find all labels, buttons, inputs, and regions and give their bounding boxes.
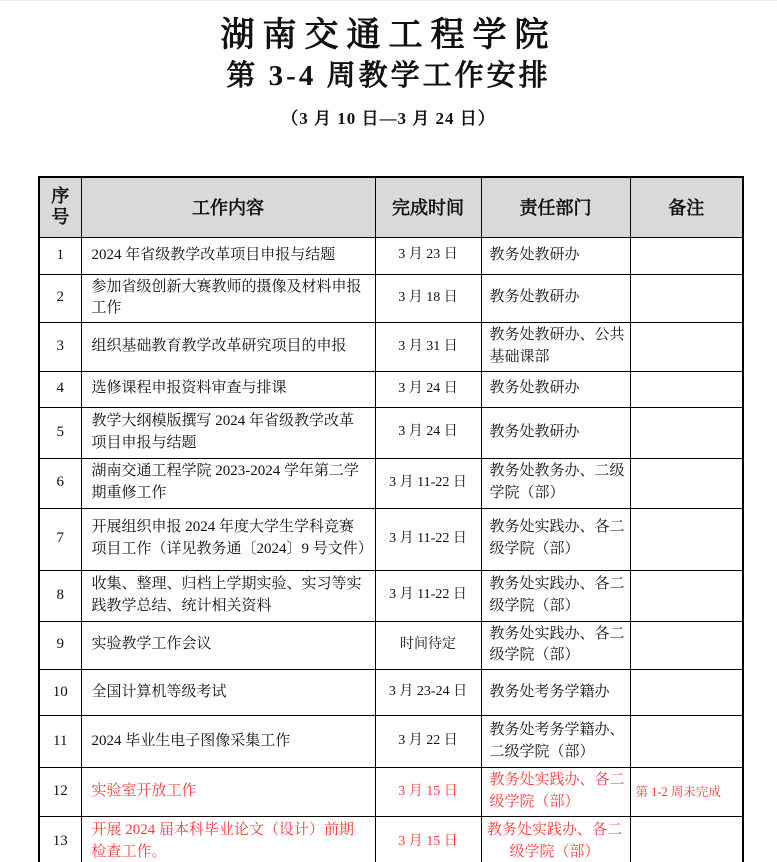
cell-work-content: 开展组织申报 2024 年度大学生学科竞赛项目工作（详见教务通〔2024〕9 号…: [81, 508, 375, 570]
table-row: 12实验室开放工作3 月 15 日教务处实践办、各二级学院（部）第 1-2 周未…: [39, 768, 743, 817]
cell-remarks: [630, 670, 743, 716]
header-completion-time: 完成时间: [375, 177, 481, 237]
cell-seq-number: 4: [39, 371, 81, 407]
date-range: （3 月 10 日—3 月 24 日）: [0, 104, 777, 129]
cell-responsible-dept: 教务处实践办、各二级学院（部）: [481, 816, 630, 862]
cell-seq-number: 10: [39, 670, 81, 716]
cell-completion-time: 3 月 15 日: [375, 768, 481, 817]
table-body: 12024 年省级教学改革项目申报与结题3 月 23 日教务处教研办2参加省级创…: [39, 237, 743, 862]
cell-responsible-dept: 教务处实践办、各二级学院（部）: [481, 570, 630, 621]
cell-remarks: [630, 371, 743, 407]
table-row: 13开展 2024 届本科毕业论文（设计）前期检查工作。3 月 15 日教务处实…: [39, 816, 743, 862]
cell-remarks: [630, 816, 743, 862]
cell-completion-time: 3 月 24 日: [375, 371, 481, 407]
cell-responsible-dept: 教务处考务学籍办、二级学院（部）: [481, 716, 630, 768]
table-row: 5教学大纲模版撰写 2024 年省级教学改革项目申报与结题3 月 24 日教务处…: [39, 407, 743, 458]
cell-remarks: [630, 621, 743, 670]
cell-responsible-dept: 教务处教研办、公共基础课部: [481, 323, 630, 372]
cell-completion-time: 时间待定: [375, 621, 481, 670]
cell-seq-number: 9: [39, 621, 81, 670]
cell-seq-number: 13: [39, 816, 81, 862]
cell-completion-time: 3 月 18 日: [375, 274, 481, 323]
cell-completion-time: 3 月 15 日: [375, 816, 481, 862]
table-row: 9实验教学工作会议时间待定教务处实践办、各二级学院（部）: [39, 621, 743, 670]
cell-work-content: 教学大纲模版撰写 2024 年省级教学改革项目申报与结题: [81, 407, 375, 458]
cell-work-content: 组织基础教育教学改革研究项目的申报: [81, 323, 375, 372]
cell-completion-time: 3 月 11-22 日: [375, 458, 481, 508]
header-responsible-dept: 责任部门: [481, 177, 630, 237]
cell-work-content: 湖南交通工程学院 2023-2024 学年第二学期重修工作: [81, 458, 375, 508]
table-row: 3组织基础教育教学改革研究项目的申报3 月 31 日教务处教研办、公共基础课部: [39, 323, 743, 372]
cell-work-content: 开展 2024 届本科毕业论文（设计）前期检查工作。: [81, 816, 375, 862]
cell-seq-number: 7: [39, 508, 81, 570]
cell-seq-number: 12: [39, 768, 81, 817]
table-row: 6湖南交通工程学院 2023-2024 学年第二学期重修工作3 月 11-22 …: [39, 458, 743, 508]
cell-responsible-dept: 教务处教研办: [481, 274, 630, 323]
cell-completion-time: 3 月 11-22 日: [375, 508, 481, 570]
school-name: 湖南交通工程学院: [0, 7, 777, 56]
cell-completion-time: 3 月 23 日: [375, 237, 481, 274]
cell-remarks: [630, 716, 743, 768]
cell-seq-number: 3: [39, 323, 81, 372]
table-row: 112024 毕业生电子图像采集工作3 月 22 日教务处考务学籍办、二级学院（…: [39, 716, 743, 768]
cell-work-content: 实验室开放工作: [81, 768, 375, 817]
cell-seq-number: 6: [39, 458, 81, 508]
table-row: 2参加省级创新大赛教师的摄像及材料申报工作3 月 18 日教务处教研办: [39, 274, 743, 323]
cell-responsible-dept: 教务处实践办、各二级学院（部）: [481, 768, 630, 817]
cell-completion-time: 3 月 23-24 日: [375, 670, 481, 716]
cell-responsible-dept: 教务处实践办、各二级学院（部）: [481, 621, 630, 670]
cell-remarks: 第 1-2 周未完成: [630, 768, 743, 817]
table-row: 8收集、整理、归档上学期实验、实习等实践教学总结、统计相关资料3 月 11-22…: [39, 570, 743, 621]
cell-responsible-dept: 教务处教务办、二级学院（部）: [481, 458, 630, 508]
cell-responsible-dept: 教务处考务学籍办: [481, 670, 630, 716]
header-work-content: 工作内容: [81, 177, 375, 237]
cell-work-content: 2024 毕业生电子图像采集工作: [81, 716, 375, 768]
cell-seq-number: 1: [39, 237, 81, 274]
cell-responsible-dept: 教务处教研办: [481, 237, 630, 274]
cell-work-content: 2024 年省级教学改革项目申报与结题: [81, 237, 375, 274]
cell-work-content: 参加省级创新大赛教师的摄像及材料申报工作: [81, 274, 375, 323]
cell-work-content: 选修课程申报资料审查与排课: [81, 371, 375, 407]
cell-completion-time: 3 月 24 日: [375, 407, 481, 458]
cell-completion-time: 3 月 11-22 日: [375, 570, 481, 621]
cell-completion-time: 3 月 31 日: [375, 323, 481, 372]
cell-seq-number: 11: [39, 716, 81, 768]
cell-work-content: 实验教学工作会议: [81, 621, 375, 670]
cell-seq-number: 8: [39, 570, 81, 621]
page-title: 第 3-4 周教学工作安排: [0, 53, 777, 94]
cell-remarks: [630, 458, 743, 508]
cell-responsible-dept: 教务处教研办: [481, 407, 630, 458]
table-row: 10全国计算机等级考试3 月 23-24 日教务处考务学籍办: [39, 670, 743, 716]
header-remarks: 备注: [630, 177, 743, 237]
table-row: 7开展组织申报 2024 年度大学生学科竞赛项目工作（详见教务通〔2024〕9 …: [39, 508, 743, 570]
cell-seq-number: 2: [39, 274, 81, 323]
table-row: 4选修课程申报资料审查与排课3 月 24 日教务处教研办: [39, 371, 743, 407]
cell-remarks: [630, 323, 743, 372]
table-header-row: 序号 工作内容 完成时间 责任部门 备注: [39, 177, 743, 237]
document-page: 湖南交通工程学院 第 3-4 周教学工作安排 （3 月 10 日—3 月 24 …: [0, 0, 777, 862]
cell-remarks: [630, 570, 743, 621]
header-seq-number: 序号: [39, 177, 81, 237]
cell-remarks: [630, 237, 743, 274]
cell-work-content: 全国计算机等级考试: [81, 670, 375, 716]
work-schedule-table: 序号 工作内容 完成时间 责任部门 备注 12024 年省级教学改革项目申报与结…: [38, 176, 744, 862]
table-row: 12024 年省级教学改革项目申报与结题3 月 23 日教务处教研办: [39, 237, 743, 274]
cell-responsible-dept: 教务处实践办、各二级学院（部）: [481, 508, 630, 570]
cell-responsible-dept: 教务处教研办: [481, 371, 630, 407]
cell-remarks: [630, 407, 743, 458]
cell-completion-time: 3 月 22 日: [375, 716, 481, 768]
cell-work-content: 收集、整理、归档上学期实验、实习等实践教学总结、统计相关资料: [81, 570, 375, 621]
cell-seq-number: 5: [39, 407, 81, 458]
cell-remarks: [630, 508, 743, 570]
cell-remarks: [630, 274, 743, 323]
